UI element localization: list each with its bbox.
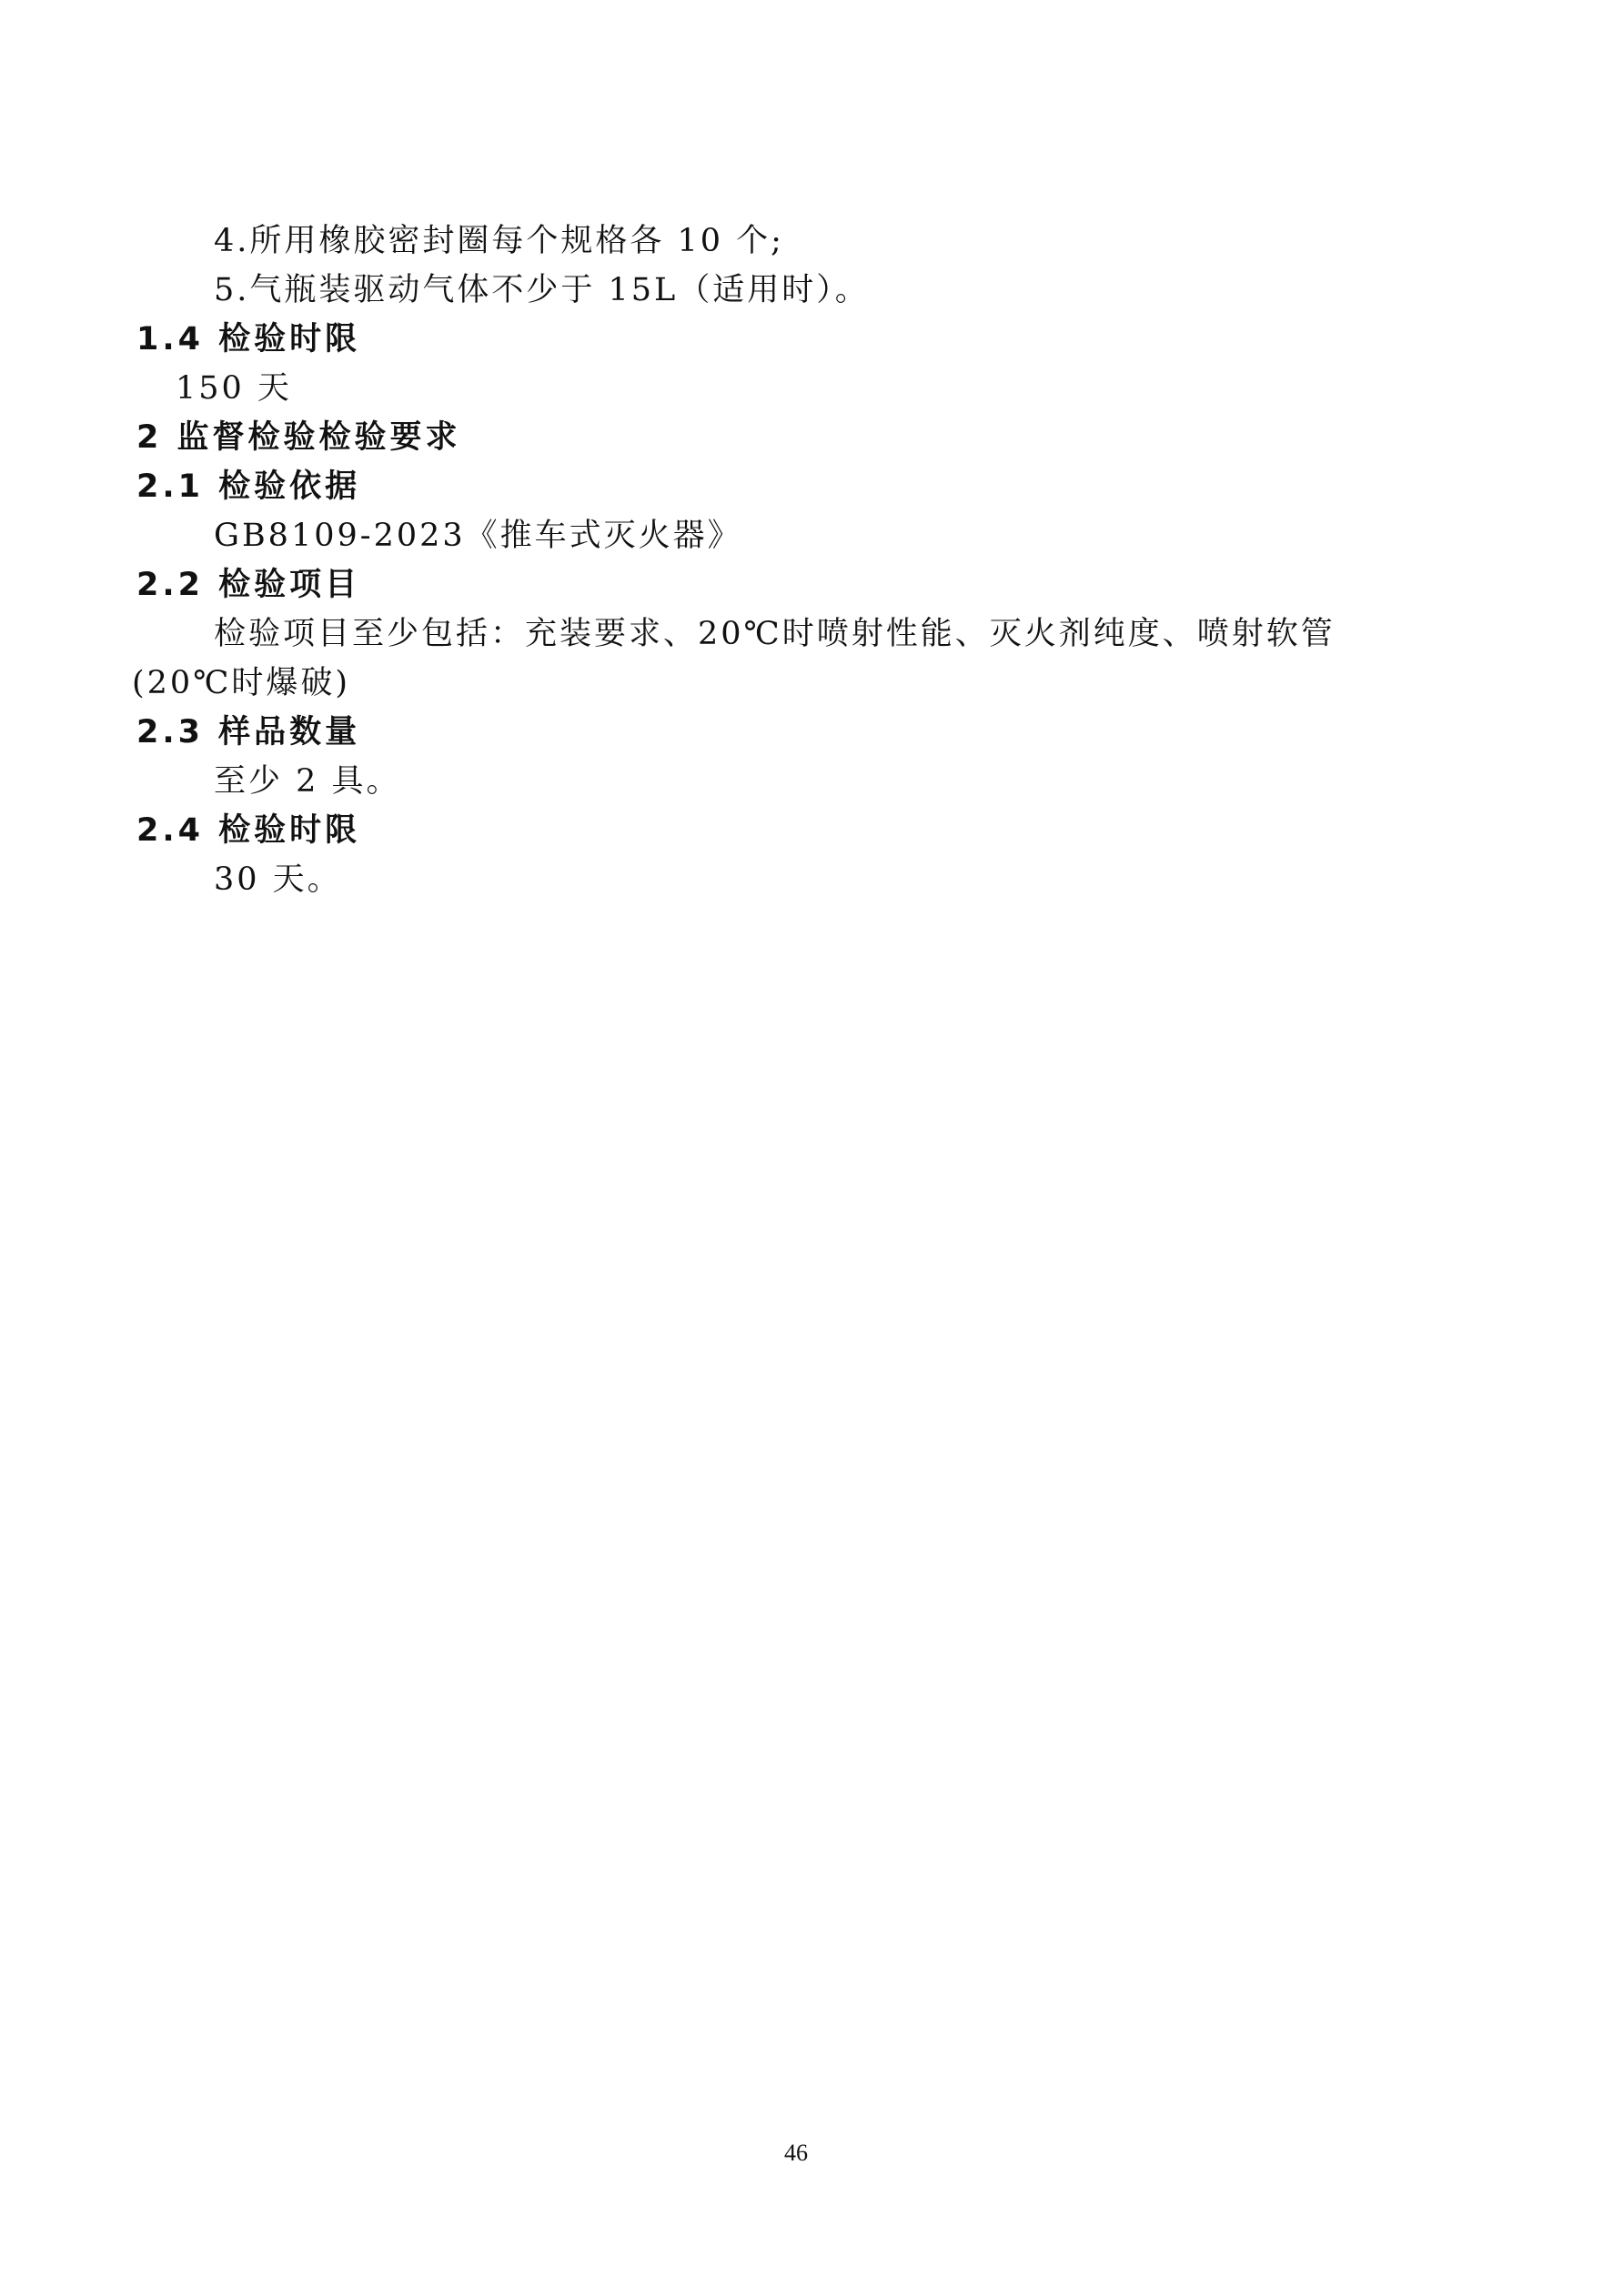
section-heading-2-2: 2.2 检验项目 — [136, 560, 360, 609]
page-number: 46 — [784, 2140, 808, 2167]
list-item-rubber-seals: 4.所用橡胶密封圈每个规格各 10 个; — [214, 217, 784, 266]
paragraph-1-4: 150 天 — [176, 364, 292, 413]
paragraph-2-2: 检验项目至少包括：充装要求、20℃时喷射性能、灭火剂纯度、喷射软管 — [214, 609, 1336, 659]
section-heading-2-3: 2.3 样品数量 — [136, 708, 360, 757]
paragraph-2-3: 至少 2 具。 — [214, 757, 401, 806]
section-heading-2-4: 2.4 检验时限 — [136, 806, 360, 855]
paragraph-2-1: GB8109-2023《推车式灭火器》 — [214, 511, 742, 560]
section-heading-2: 2 监督检验检验要求 — [136, 413, 461, 462]
section-heading-2-1: 2.1 检验依据 — [136, 462, 360, 511]
section-heading-1-4: 1.4 检验时限 — [136, 315, 360, 364]
list-item-drive-gas: 5.气瓶装驱动气体不少于 15L（适用时）。 — [214, 266, 870, 315]
paragraph-2-2-continued: (20℃时爆破) — [132, 659, 350, 708]
document-page: 4.所用橡胶密封圈每个规格各 10 个; 5.气瓶装驱动气体不少于 15L（适用… — [0, 0, 1623, 2296]
paragraph-2-4: 30 天。 — [214, 855, 342, 904]
